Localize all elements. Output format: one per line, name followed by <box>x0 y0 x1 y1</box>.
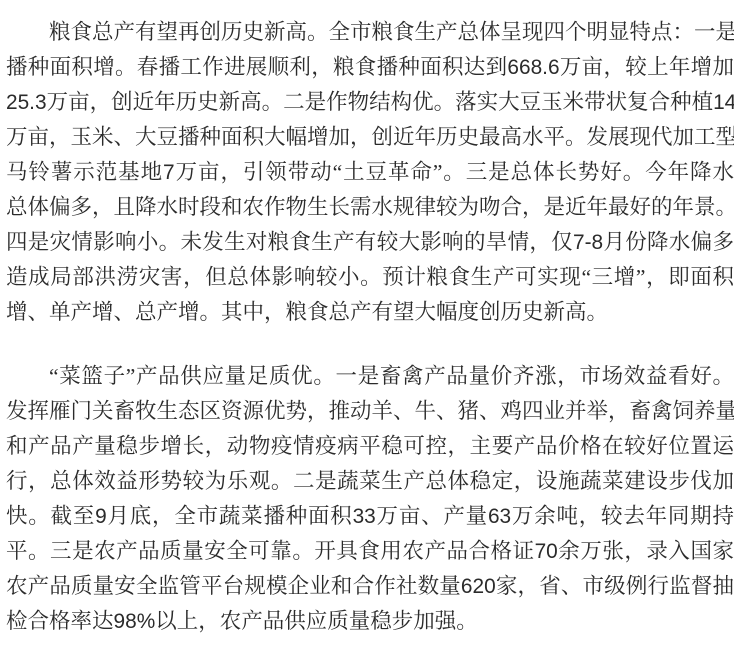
paragraph-vegetable-basket: “菜篮子”产品供应量足质优。一是畜禽产品量价齐涨，市场效益看好。 发挥雁门关畜牧… <box>6 359 734 639</box>
text-line: 和产品产量稳步增长，动物疫情疫病平稳可控，主要产品价格在较好位置运 <box>6 429 734 464</box>
text-line: 万亩，玉米、大豆播种面积大幅增加，创近年历史最高水平。发展现代加工型 <box>6 120 734 155</box>
text-line: 增、单产增、总产增。其中，粮食总产有望大幅度创历史新高。 <box>6 295 734 330</box>
text-line: 平。三是农产品质量安全可靠。开具食用农产品合格证70余万张，录入国家 <box>6 534 734 569</box>
text-line: “菜篮子”产品供应量足质优。一是畜禽产品量价齐涨，市场效益看好。 <box>6 359 734 394</box>
text-line: 25.3万亩，创近年历史新高。二是作物结构优。落实大豆玉米带状复合种植14 <box>6 85 734 120</box>
text-line: 农产品质量安全监管平台规模企业和合作社数量620家，省、市级例行监督抽 <box>6 569 734 604</box>
text-line: 马铃薯示范基地7万亩，引领带动“土豆革命”。三是总体长势好。今年降水 <box>6 155 734 190</box>
text-line: 播种面积增。春播工作进展顺利，粮食播种面积达到668.6万亩，较上年增加 <box>6 50 734 85</box>
paragraph-grain-production: 粮食总产有望再创历史新高。全市粮食生产总体呈现四个明显特点：一是 播种面积增。春… <box>6 15 734 330</box>
text-line: 造成局部洪涝灾害，但总体影响较小。预计粮食生产可实现“三增”，即面积 <box>6 260 734 295</box>
text-line: 快。截至9月底，全市蔬菜播种面积33万亩、产量63万余吨，较去年同期持 <box>6 499 734 534</box>
text-line: 粮食总产有望再创历史新高。全市粮食生产总体呈现四个明显特点：一是 <box>6 15 734 50</box>
text-line: 行，总体效益形势较为乐观。二是蔬菜生产总体稳定，设施蔬菜建设步伐加 <box>6 464 734 499</box>
text-line: 检合格率达98%以上，农产品供应质量稳步加强。 <box>6 604 734 639</box>
text-line: 总体偏多，且降水时段和农作物生长需水规律较为吻合，是近年最好的年景。 <box>6 190 734 225</box>
text-line: 发挥雁门关畜牧生态区资源优势，推动羊、牛、猪、鸡四业并举，畜禽饲养量 <box>6 394 734 429</box>
text-line: 四是灾情影响小。未发生对粮食生产有较大影响的旱情，仅7-8月份降水偏多 <box>6 225 734 260</box>
document-page: 粮食总产有望再创历史新高。全市粮食生产总体呈现四个明显特点：一是 播种面积增。春… <box>0 0 740 659</box>
